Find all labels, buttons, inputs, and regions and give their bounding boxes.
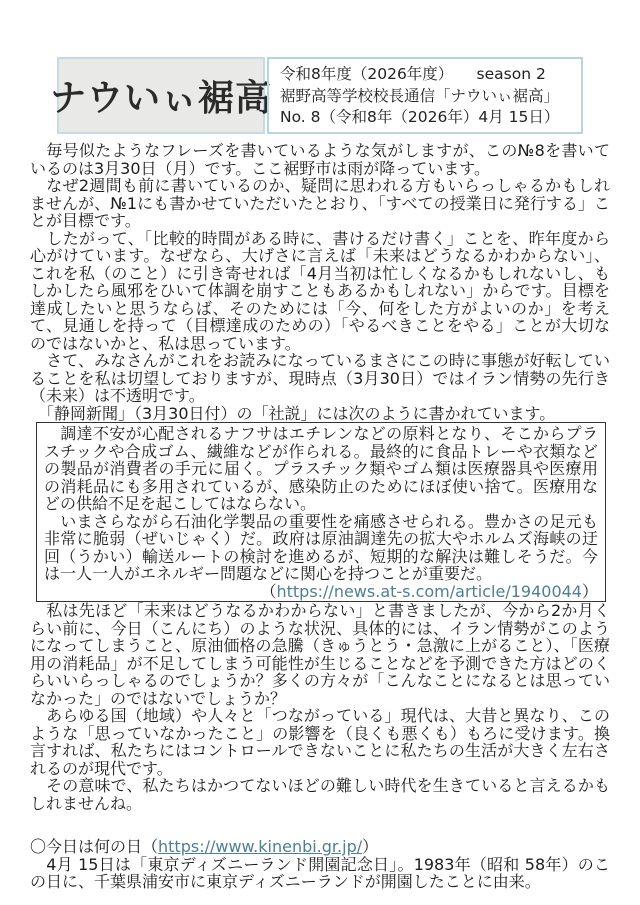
paragraph-shizuoka-shimbun-lead: 「静岡新聞」（3月30日付）の「社説」には次のように書かれています。 bbox=[30, 405, 610, 423]
document-body: 毎号似たようなフレーズを書いているような気がしますが、この№8を書いているのは3… bbox=[30, 142, 610, 891]
fiscal-year-line: 令和8年度（2026年度） season 2 bbox=[280, 64, 570, 86]
open-paren: （ bbox=[260, 582, 276, 601]
paragraph-difficult-era: その意味で、私たちはかつてないほどの難しい時代を生きていると言えるかもしれません… bbox=[30, 777, 610, 812]
paragraph-prediction: 私は先ほど「未来はどうなるかわからない」と書きましたが、今から2か月くらい前に、… bbox=[30, 602, 610, 707]
paragraph-policy: したがって、「比較的時間がある時に、書けるだけ書く」ことを、昨年度から心がけてい… bbox=[30, 230, 610, 353]
header: ナウいぃ裾高 令和8年度（2026年度） season 2 裾野高等学校校長通信… bbox=[57, 57, 583, 134]
newsletter-logo-text: ナウいぃ裾高 bbox=[50, 70, 272, 121]
kinenbi-link[interactable]: https://www.kinenbi.gr.jp/ bbox=[158, 837, 362, 856]
news-article-link[interactable]: https://news.at-s.com/article/1940044 bbox=[276, 582, 582, 601]
editorial-quote-box: 調達不安が心配されるナフサはエチレンなどの原料となり、そこからプラスチックや合成… bbox=[36, 422, 606, 602]
newsletter-logo-box: ナウいぃ裾高 bbox=[57, 57, 265, 134]
paragraph-why-early: なぜ2週間も前に書いているのか、疑問に思われる方もいらっしゃるかもしれませんが、… bbox=[30, 177, 610, 230]
issue-number-line: No. 8（令和8年（2026年）4月 15日） bbox=[280, 107, 570, 129]
quote-paragraph-petrochemical: いまさらながら石油化学製品の重要性を痛感させられる。豊かさの足元も非常に脆弱（ぜ… bbox=[44, 513, 598, 583]
paragraph-iran-situation: さて、みなさんがこれをお読みになっているまさにこの時に事態が好転していることを私… bbox=[30, 352, 610, 405]
today-section-heading: 〇今日は何の日（https://www.kinenbi.gr.jp/） bbox=[30, 838, 610, 856]
today-heading-label: 〇今日は何の日（ bbox=[30, 837, 158, 856]
quote-paragraph-naphtha: 調達不安が心配されるナフサはエチレンなどの原料となり、そこからプラスチックや合成… bbox=[44, 425, 598, 513]
newsletter-page: ナウいぃ裾高 令和8年度（2026年度） season 2 裾野高等学校校長通信… bbox=[0, 0, 640, 905]
close-paren: ） bbox=[582, 582, 598, 601]
header-info-box: 令和8年度（2026年度） season 2 裾野高等学校校長通信「ナウいぃ裾高… bbox=[267, 57, 583, 134]
paragraph-connected-world: あらゆる国（地域）や人々と「つながっている」現代は、大昔と異なり、このような「思… bbox=[30, 707, 610, 777]
paragraph-disneyland-anniversary: 4月 15日は「東京ディズニーランド開園記念日」。1983年（昭和 58年）のこ… bbox=[30, 856, 610, 891]
today-heading-close-paren: ） bbox=[362, 837, 378, 856]
quote-source-line: （https://news.at-s.com/article/1940044） bbox=[44, 583, 598, 601]
paragraph-intro: 毎号似たようなフレーズを書いているような気がしますが、この№8を書いているのは3… bbox=[30, 142, 610, 177]
newsletter-title-line: 裾野高等学校校長通信「ナウいぃ裾高」 bbox=[280, 86, 570, 108]
